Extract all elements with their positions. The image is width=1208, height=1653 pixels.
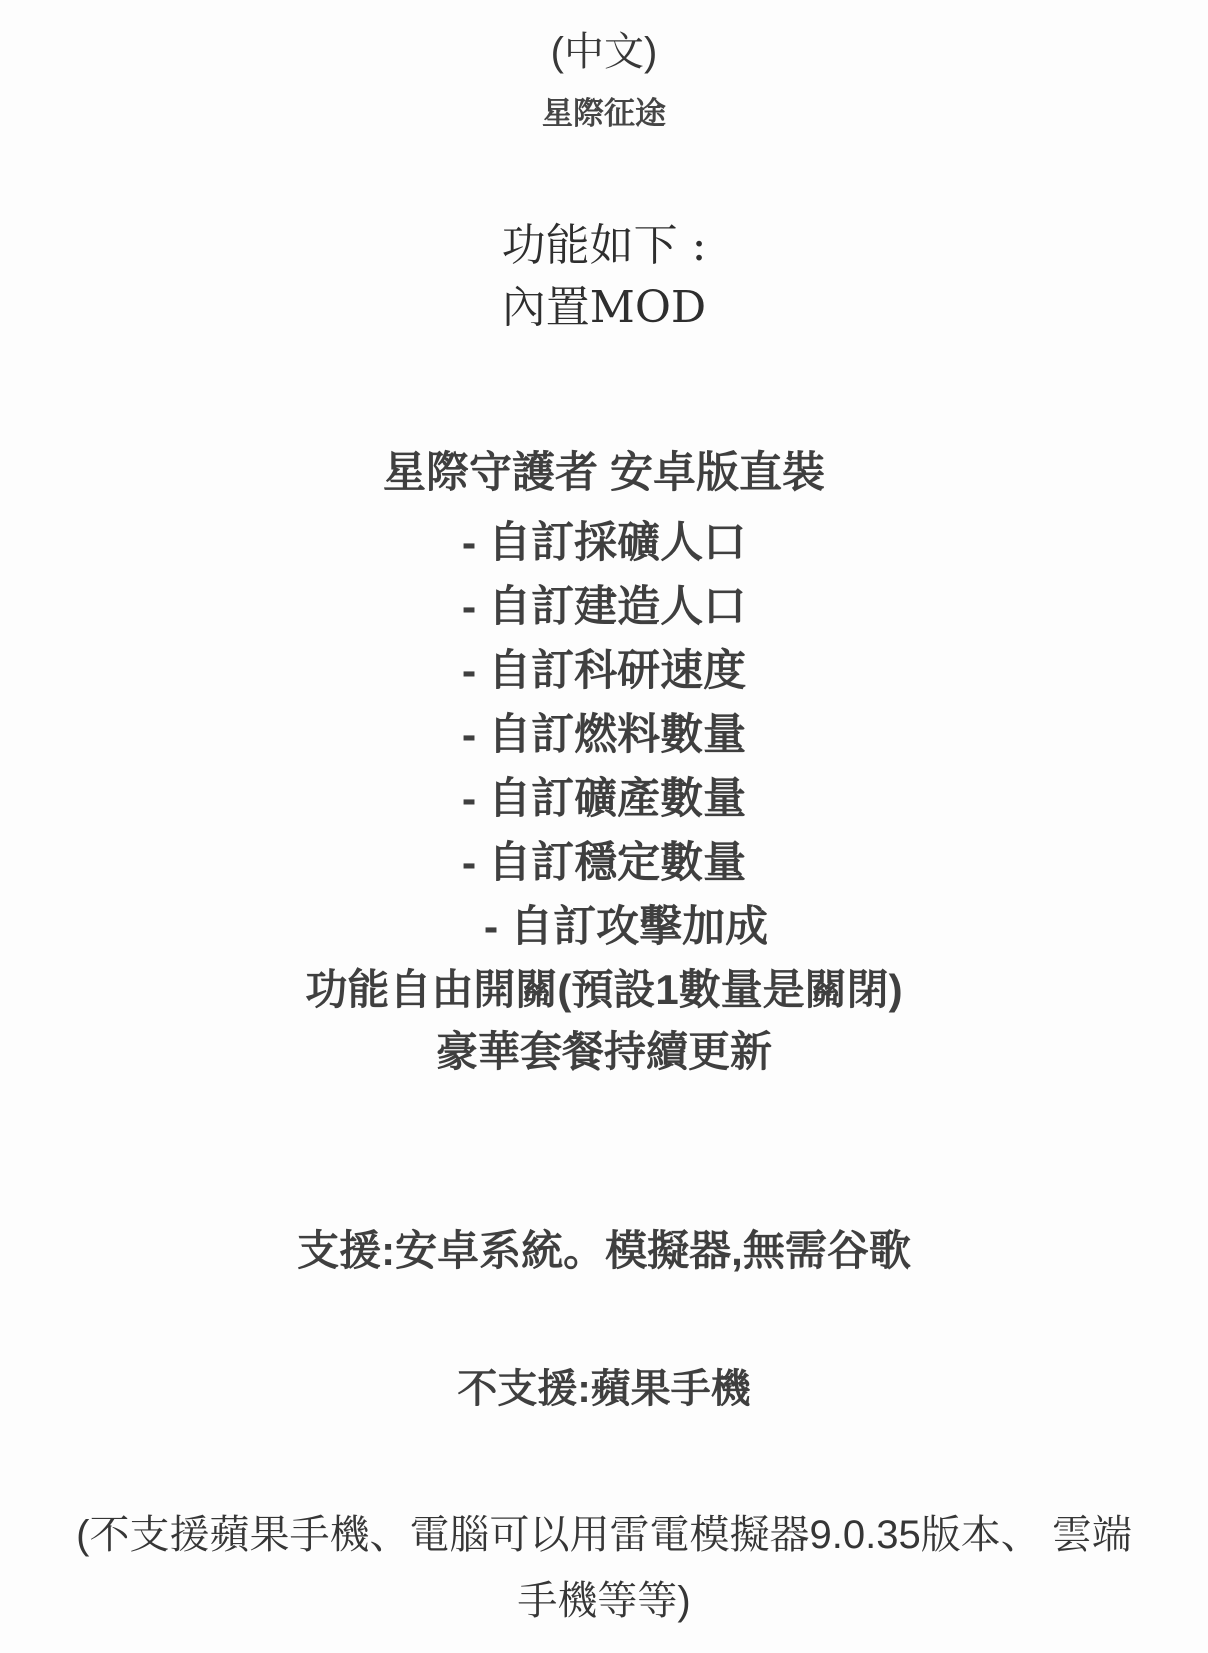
features-subheading: 內置MOD <box>0 283 1208 334</box>
description-page: (中文) 星際征途 功能如下 : 內置MOD 星際守護者 安卓版直裝 - 自訂採… <box>0 0 1208 1653</box>
mod-update-note: 豪華套餐持續更新 <box>0 1028 1208 1076</box>
mod-feature-item: - 自訂礦產數量 <box>0 775 1208 824</box>
mod-feature-item: - 自訂採礦人口 <box>0 519 1208 568</box>
language-note: (中文) <box>0 29 1208 75</box>
support-line: 支援:安卓系統。模擬器,無需谷歌 <box>0 1227 1208 1275</box>
mod-feature-item: - 自訂攻擊加成 <box>22 903 1208 952</box>
footnote-line-1: (不支援蘋果手機、電腦可以用雷電模擬器9.0.35版本、 雲端 <box>0 1512 1208 1558</box>
page-title: 星際征途 <box>0 96 1208 132</box>
features-heading: 功能如下 : <box>0 221 1208 272</box>
mod-feature-item: - 自訂科研速度 <box>0 647 1208 696</box>
mod-feature-item: - 自訂建造人口 <box>0 583 1208 632</box>
mod-feature-item: - 自訂穩定數量 <box>0 839 1208 888</box>
mod-section-title: 星際守護者 安卓版直裝 <box>0 449 1208 498</box>
footnote-line-2: 手機等等) <box>0 1578 1208 1624</box>
not-support-line: 不支援:蘋果手機 <box>0 1366 1208 1412</box>
mod-toggle-note: 功能自由開關(預設1數量是關閉) <box>0 966 1208 1014</box>
mod-feature-item: - 自訂燃料數量 <box>0 711 1208 760</box>
